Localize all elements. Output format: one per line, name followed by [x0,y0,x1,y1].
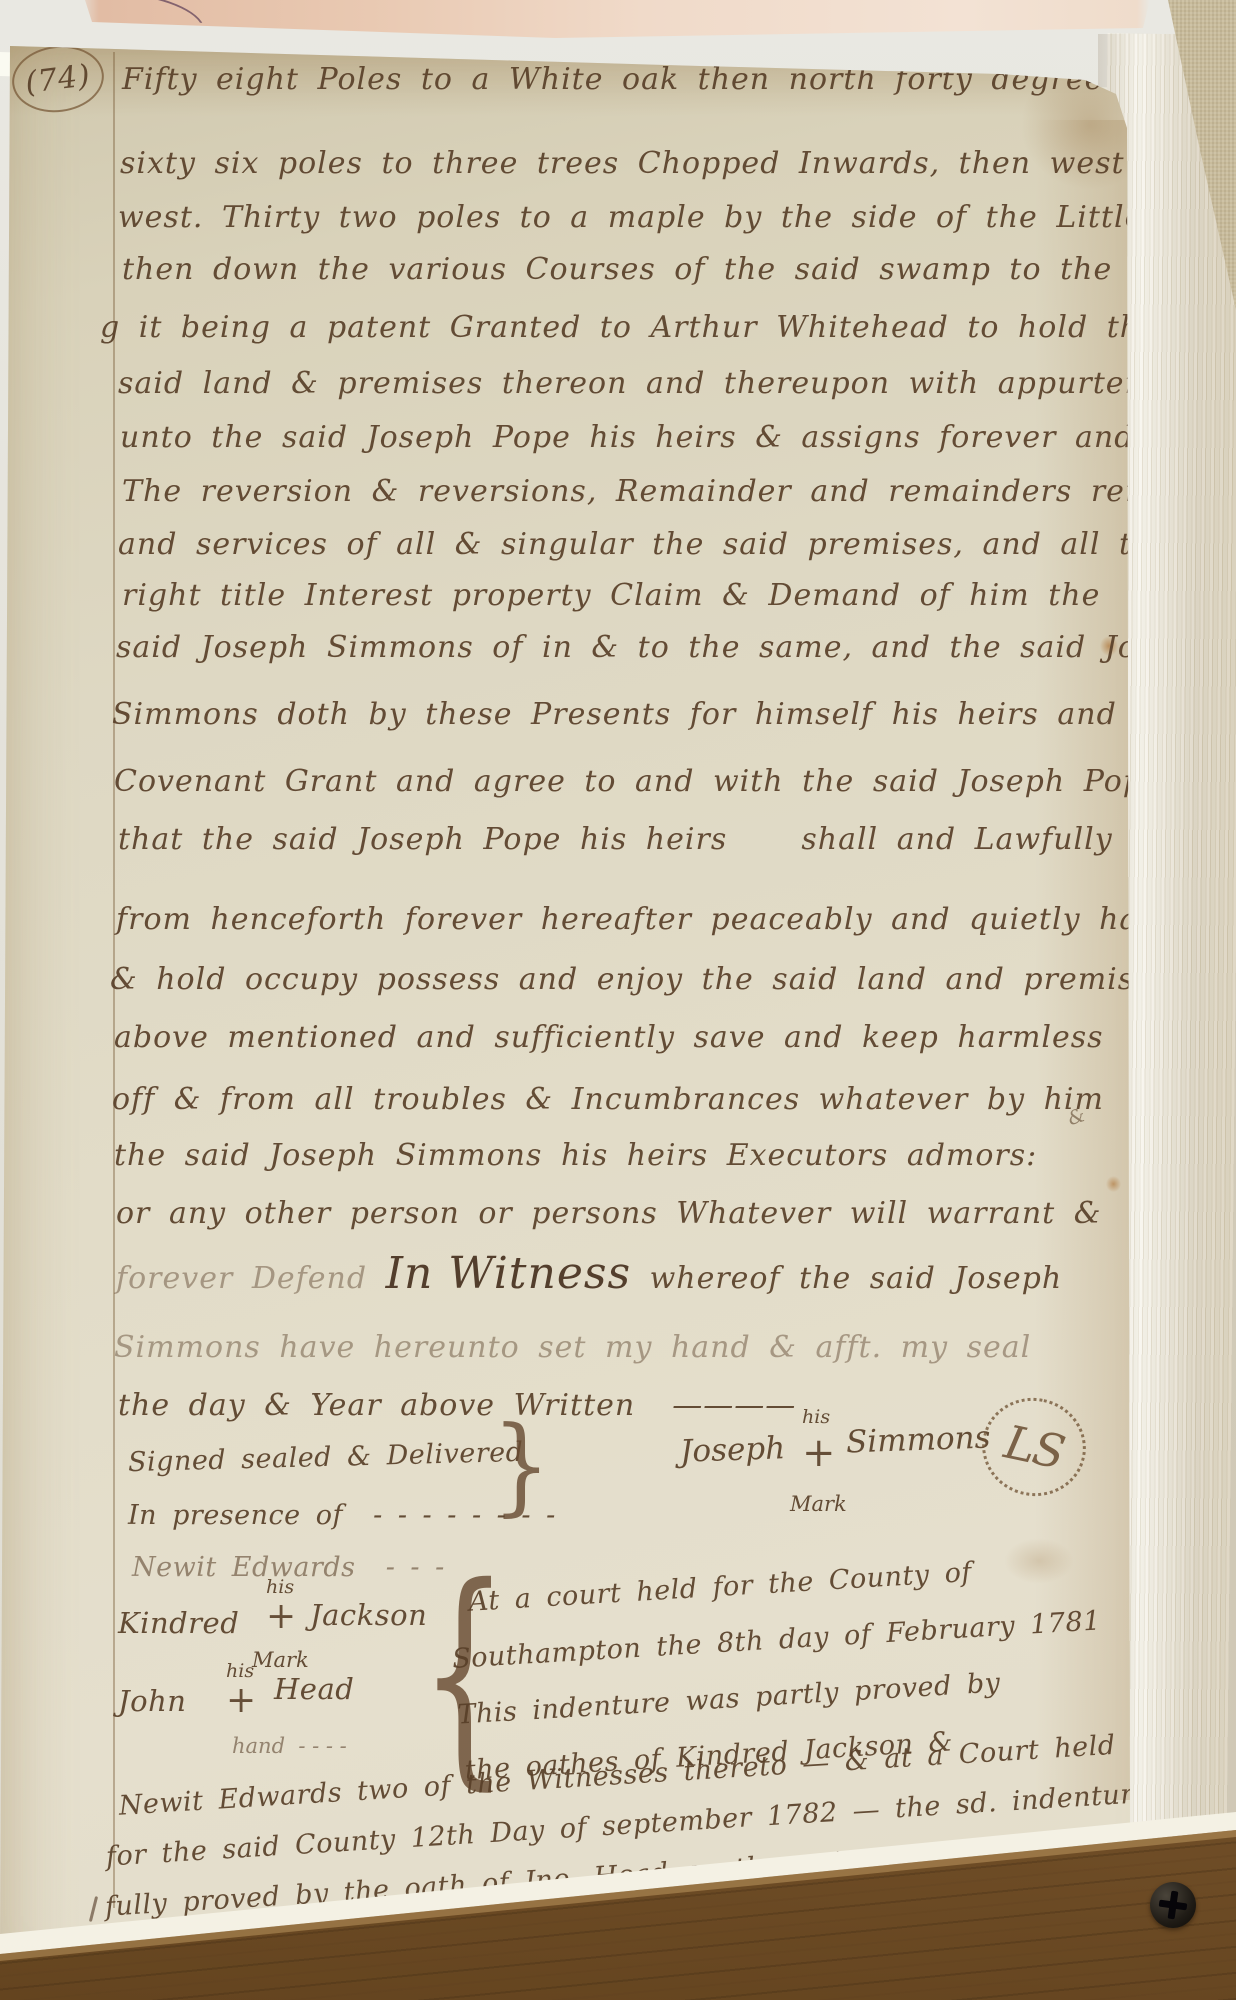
court-line: At a court held for the County of [468,1557,973,1618]
deed-line: Covenant Grant and agree to and with the… [114,764,1162,799]
witness-john-his: his [226,1660,254,1682]
page-number-text: (74) [23,58,92,101]
deed-line: or any other person or persons Whatever … [116,1196,1101,1231]
deed-line: said Joseph Simmons of in & to the same,… [116,630,1213,665]
faint-stain [1004,1538,1074,1584]
witness-john-markcross: + [226,1680,256,1721]
witness-john-first: John [118,1684,186,1718]
witness-clause-suffix: whereof the said Joseph [631,1261,1062,1296]
deed-line: from henceforth forever hereafter peacea… [116,902,1175,937]
deed-line: west. Thirty two poles to a maple by the… [118,200,1236,235]
deed-line: right title Interest property Claim & De… [122,578,1100,613]
witness-kindred-his: his [266,1576,294,1598]
deed-line: then down the various Courses of the sai… [122,252,1236,287]
signature-his: his [802,1406,830,1428]
in-witness-line: forever Defend In Witness whereof the sa… [116,1248,1062,1299]
witness-john-last: Head [274,1672,354,1706]
deed-line: the day & Year above Written ———— [118,1388,796,1423]
screw [1150,1882,1196,1928]
signed-sealed-line: Signed sealed & Delivered [128,1437,524,1478]
deed-line: that the said Joseph Pope his heirs shal… [118,822,1198,857]
witness-john-hand-label: hand - - - - [232,1734,347,1758]
signature-last: Simmons [845,1419,991,1460]
witness-kindred-last: Jackson [310,1598,427,1632]
deed-line: and services of all & singular the said … [118,527,1171,562]
rust-spot [1106,1176,1121,1192]
archival-document-photo: (74) Fifty eight Poles to a White oak th… [0,0,1236,2000]
seal-initials: LS [1000,1415,1068,1480]
deed-line: Simmons doth by these Presents for himse… [112,697,1117,732]
signature-first: Joseph [679,1430,785,1470]
deed-line: said land & premises thereon and thereup… [118,366,1236,401]
ledger-page: (74) Fifty eight Poles to a White oak th… [0,0,1236,2000]
witness-kindred-mark-label: Mark [252,1648,309,1672]
deed-line: Simmons have hereunto set my hand & afft… [114,1330,1031,1365]
signature-markcross: + [802,1430,836,1476]
deed-line: sixty six poles to three trees Chopped I… [120,146,1232,181]
court-line: This indenture was partly proved by [457,1667,1002,1730]
deed-line: above mentioned and sufficiently save an… [114,1020,1104,1055]
witness-clause-emphasis: In Witness [386,1248,631,1299]
court-line: Southampton the 8th day of February 1781 [451,1605,1101,1674]
signature-mark-label: Mark [790,1492,847,1516]
in-presence-line: In presence of - - - - - - - - [128,1500,556,1531]
witness-kindred-first: Kindred [118,1606,239,1640]
stray-pen-mark [89,1896,98,1922]
deed-line: & hold occupy possess and enjoy the said… [110,962,1169,997]
witness-kindred-markcross: + [266,1596,296,1637]
deed-line: off & from all troubles & Incumbrances w… [112,1082,1104,1117]
deed-line: Fifty eight Poles to a White oak then no… [122,62,1213,97]
deed-line: unto the said Joseph Pope his heirs & as… [120,420,1218,455]
witness-clause-prefix: forever Defend [116,1261,386,1296]
deed-line: The reversion & reversions, Remainder an… [122,474,1175,509]
deed-line: g it being a patent Granted to Arthur Wh… [100,310,1159,345]
deed-line: the said Joseph Simmons his heirs Execut… [114,1138,1037,1173]
